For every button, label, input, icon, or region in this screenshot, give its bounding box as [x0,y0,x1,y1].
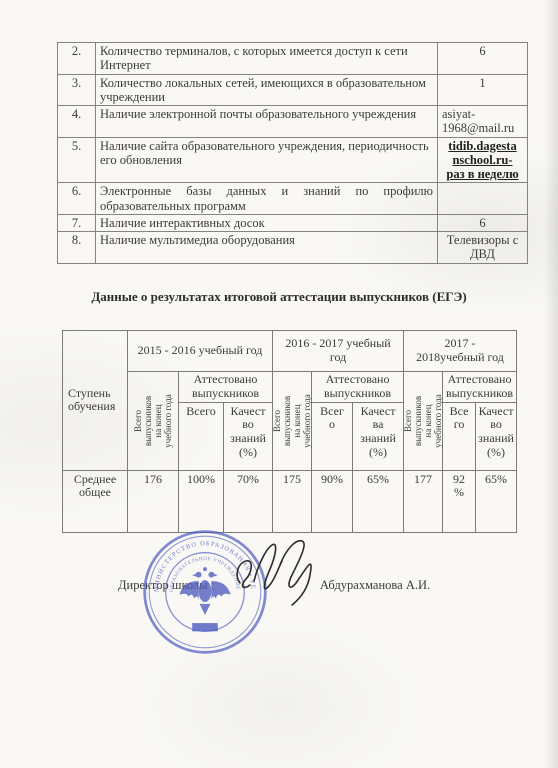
table-row: 2. Количество терминалов, с которых имее… [58,43,528,75]
indicator-text: Наличие интерактивных досок [96,214,438,231]
row-number: 4. [58,106,96,138]
table-row: 8. Наличие мультимедиа оборудования Теле… [58,232,528,264]
school-email: asiyat- 1968@mail.ru [438,106,528,138]
double-headed-eagle-emblem [179,567,230,615]
table-row: 6. Электронные базы данных и знаний по п… [58,183,528,215]
total-subheader: Всего [179,402,224,470]
row-number: 3. [58,74,96,106]
row-number: 8. [58,232,96,264]
paper-edge-shadow [544,0,558,768]
year-header-2015-2016: 2015 - 2016 учебный год [128,331,273,372]
indicator-value: Телевизоры с ДВД [438,232,528,264]
table-row: 4. Наличие электронной почты образовател… [58,106,528,138]
row-number: 5. [58,137,96,183]
row-number: 2. [58,43,96,75]
indicator-text: Наличие сайта образовательного учреждени… [96,137,438,183]
table-row: 3. Количество локальных сетей, имеющихся… [58,74,528,106]
indicator-value [438,183,528,215]
data-cell: 177 [404,470,443,532]
vertical-header-text: Всего выпускников на конец учебного года [272,373,312,469]
infrastructure-table: 2. Количество терминалов, с которых имее… [57,42,528,264]
indicator-text: Наличие электронной почты образовательно… [96,106,438,138]
row-number: 6. [58,183,96,215]
vertical-header-text: Всего выпускников на конец учебного года [133,373,173,469]
indicator-value: 6 [438,43,528,75]
indicator-text: Количество терминалов, с которых имеется… [96,43,438,75]
graduates-total-header: Всего выпускников на конец учебного года [128,372,179,471]
data-cell: 90% [312,470,353,532]
vertical-header-text: Всего выпускников на конец учебного года [403,373,443,469]
table-row: 5. Наличие сайта образовательного учрежд… [58,137,528,183]
indicator-text: Электронные базы данных и знаний по проф… [96,183,438,215]
year-header-2017-2018: 2017 - 2018учебный год [404,331,517,372]
attested-header-row: Всего выпускников на конец учебного года… [63,372,517,403]
school-website: tidib.dagesta nschool.ru- раз в неделю [438,137,528,183]
stage-column-header: Ступень обучения [63,331,128,471]
graduates-total-header: Всего выпускников на конец учебного года [273,372,312,471]
director-signature [232,535,327,620]
data-cell: 92 % [443,470,476,532]
attested-header: Аттестовано выпускников [179,372,273,403]
data-cell: 65% [476,470,517,532]
data-cell: 176 [128,470,179,532]
quality-subheader: Качест во знаний (%) [224,402,273,470]
quality-subheader: Качест ва знаний (%) [353,402,404,470]
year-header-row: Ступень обучения 2015 - 2016 учебный год… [63,331,517,372]
attested-header: Аттестовано выпускников [443,372,517,403]
stamp-bottom-plate [192,623,218,631]
section-title: Данные о результатах итоговой аттестации… [0,289,558,305]
director-name: Абдурахманова А.И. [320,578,430,593]
quality-subheader: Качест во знаний (%) [476,402,517,470]
indicator-value: 6 [438,214,528,231]
row-number: 7. [58,214,96,231]
indicator-value: 1 [438,74,528,106]
scanned-document-page: 2. Количество терминалов, с которых имее… [0,0,558,768]
data-cell: 100% [179,470,224,532]
year-header-2016-2017: 2016 - 2017 учебный год [273,331,404,372]
graduates-total-header: Всего выпускников на конец учебного года [404,372,443,471]
table-row: 7. Наличие интерактивных досок 6 [58,214,528,231]
data-row: Среднее общее 176 100% 70% 175 90% 65% 1… [63,470,517,532]
stage-label: Среднее общее [63,470,128,532]
total-subheader: Всег о [312,402,353,470]
total-subheader: Все го [443,402,476,470]
data-cell: 70% [224,470,273,532]
indicator-text: Количество локальных сетей, имеющихся в … [96,74,438,106]
attested-header: Аттестовано выпускников [312,372,404,403]
indicator-text: Наличие мультимедиа оборудования [96,232,438,264]
data-cell: 65% [353,470,404,532]
scan-edge-artifact [0,0,558,4]
data-cell: 175 [273,470,312,532]
ege-results-table: Ступень обучения 2015 - 2016 учебный год… [62,330,517,533]
